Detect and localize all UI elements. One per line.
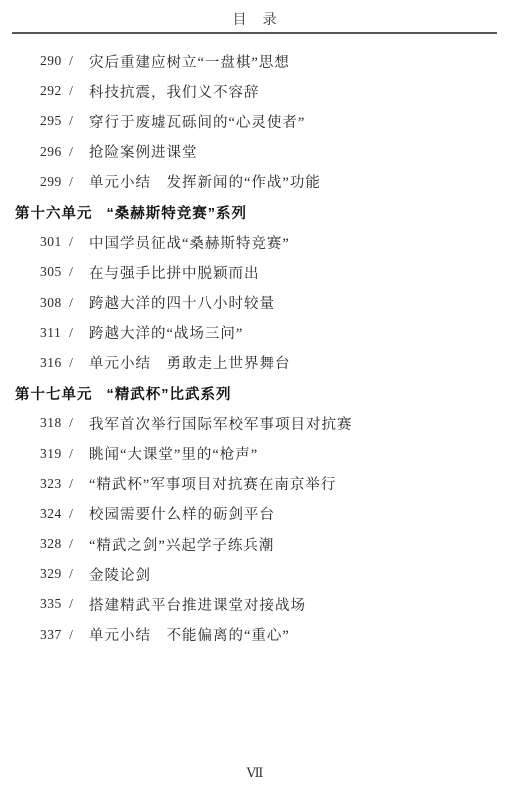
- entry-title: 搭建精武平台推进课堂对接战场: [89, 594, 306, 615]
- entry-title: “精武之剑”兴起学子练兵潮: [89, 534, 274, 555]
- toc-entry: 308 / 跨越大洋的四十八小时较量: [0, 288, 510, 318]
- entry-page-number: 299: [40, 174, 64, 190]
- toc-entry: 305 / 在与强手比拼中脱颖而出: [0, 257, 510, 287]
- separator-slash: /: [66, 596, 76, 612]
- toc-list: 290 / 灾后重建应树立“一盘棋”思想 292 / 科技抗震，我们义不容辞 2…: [0, 46, 510, 650]
- entry-title: 金陵论剑: [89, 564, 151, 585]
- separator-slash: /: [66, 415, 76, 431]
- separator-slash: /: [66, 53, 76, 69]
- entry-page-number: 329: [40, 566, 64, 582]
- toc-entry: 328 / “精武之剑”兴起学子练兵潮: [0, 529, 510, 559]
- entry-page-number: 292: [40, 83, 64, 99]
- entry-page-number: 324: [40, 506, 64, 522]
- entry-title: 单元小结 发挥新闻的“作战”功能: [89, 171, 321, 192]
- entry-title: 校园需要什么样的砺剑平台: [89, 503, 275, 524]
- entry-title: 跨越大洋的四十八小时较量: [89, 292, 275, 313]
- separator-slash: /: [66, 627, 76, 643]
- header-divider: [12, 32, 497, 34]
- toc-entry: 295 / 穿行于废墟瓦砾间的“心灵使者”: [0, 106, 510, 136]
- entry-title: “精武杯”军事项目对抗赛在南京举行: [89, 473, 336, 494]
- separator-slash: /: [66, 325, 76, 341]
- toc-page: 目 录 290 / 灾后重建应树立“一盘棋”思想 292 / 科技抗震，我们义不…: [0, 0, 510, 800]
- separator-slash: /: [66, 355, 76, 371]
- toc-entry: 324 / 校园需要什么样的砺剑平台: [0, 499, 510, 529]
- separator-slash: /: [66, 536, 76, 552]
- toc-entry: 316 / 单元小结 勇敢走上世界舞台: [0, 348, 510, 378]
- separator-slash: /: [66, 295, 76, 311]
- toc-entry: 296 / 抢险案例进课堂: [0, 137, 510, 167]
- separator-slash: /: [66, 264, 76, 280]
- entry-title: 抢险案例进课堂: [89, 141, 198, 162]
- unit-heading-label: 第十六单元: [15, 202, 93, 223]
- unit-heading-title: “桑赫斯特竞赛”系列: [107, 202, 248, 223]
- separator-slash: /: [66, 174, 76, 190]
- entry-page-number: 311: [40, 325, 64, 341]
- unit-heading-label: 第十七单元: [15, 383, 93, 404]
- separator-slash: /: [66, 506, 76, 522]
- entry-page-number: 305: [40, 264, 64, 280]
- entry-title: 科技抗震，我们义不容辞: [89, 81, 260, 102]
- entry-title: 中国学员征战“桑赫斯特竞赛”: [89, 232, 290, 253]
- entry-page-number: 337: [40, 627, 64, 643]
- entry-page-number: 316: [40, 355, 64, 371]
- toc-entry: 318 / 我军首次举行国际军校军事项目对抗赛: [0, 408, 510, 438]
- folio-page-number: Ⅶ: [0, 765, 510, 781]
- entry-page-number: 290: [40, 53, 64, 69]
- entry-title: 穿行于废墟瓦砾间的“心灵使者”: [89, 111, 305, 132]
- unit-heading: 第十六单元 “桑赫斯特竞赛”系列: [0, 197, 510, 227]
- toc-entry: 319 / 眺闻“大课堂”里的“枪声”: [0, 438, 510, 468]
- toc-entry: 329 / 金陵论剑: [0, 559, 510, 589]
- entry-title: 我军首次举行国际军校军事项目对抗赛: [89, 413, 353, 434]
- entry-title: 灾后重建应树立“一盘棋”思想: [89, 51, 290, 72]
- separator-slash: /: [66, 476, 76, 492]
- entry-page-number: 328: [40, 536, 64, 552]
- entry-page-number: 323: [40, 476, 64, 492]
- separator-slash: /: [66, 234, 76, 250]
- entry-page-number: 308: [40, 295, 64, 311]
- toc-entry: 301 / 中国学员征战“桑赫斯特竞赛”: [0, 227, 510, 257]
- separator-slash: /: [66, 446, 76, 462]
- entry-title: 单元小结 勇敢走上世界舞台: [89, 352, 291, 373]
- toc-entry: 335 / 搭建精武平台推进课堂对接战场: [0, 589, 510, 619]
- toc-entry: 299 / 单元小结 发挥新闻的“作战”功能: [0, 167, 510, 197]
- entry-title: 跨越大洋的“战场三问”: [89, 322, 243, 343]
- entry-page-number: 319: [40, 446, 64, 462]
- toc-entry: 311 / 跨越大洋的“战场三问”: [0, 318, 510, 348]
- entry-title: 在与强手比拼中脱颖而出: [89, 262, 260, 283]
- toc-entry: 290 / 灾后重建应树立“一盘棋”思想: [0, 46, 510, 76]
- entry-page-number: 335: [40, 596, 64, 612]
- unit-heading-title: “精武杯”比武系列: [107, 383, 232, 404]
- unit-heading: 第十七单元 “精武杯”比武系列: [0, 378, 510, 408]
- separator-slash: /: [66, 113, 76, 129]
- entry-title: 眺闻“大课堂”里的“枪声”: [89, 443, 258, 464]
- separator-slash: /: [66, 566, 76, 582]
- page-header-title: 目 录: [0, 9, 510, 29]
- entry-page-number: 295: [40, 113, 64, 129]
- entry-page-number: 301: [40, 234, 64, 250]
- entry-title: 单元小结 不能偏离的“重心”: [89, 624, 290, 645]
- toc-entry: 337 / 单元小结 不能偏离的“重心”: [0, 620, 510, 650]
- entry-page-number: 296: [40, 144, 64, 160]
- separator-slash: /: [66, 144, 76, 160]
- separator-slash: /: [66, 83, 76, 99]
- toc-entry: 292 / 科技抗震，我们义不容辞: [0, 76, 510, 106]
- entry-page-number: 318: [40, 415, 64, 431]
- toc-entry: 323 / “精武杯”军事项目对抗赛在南京举行: [0, 469, 510, 499]
